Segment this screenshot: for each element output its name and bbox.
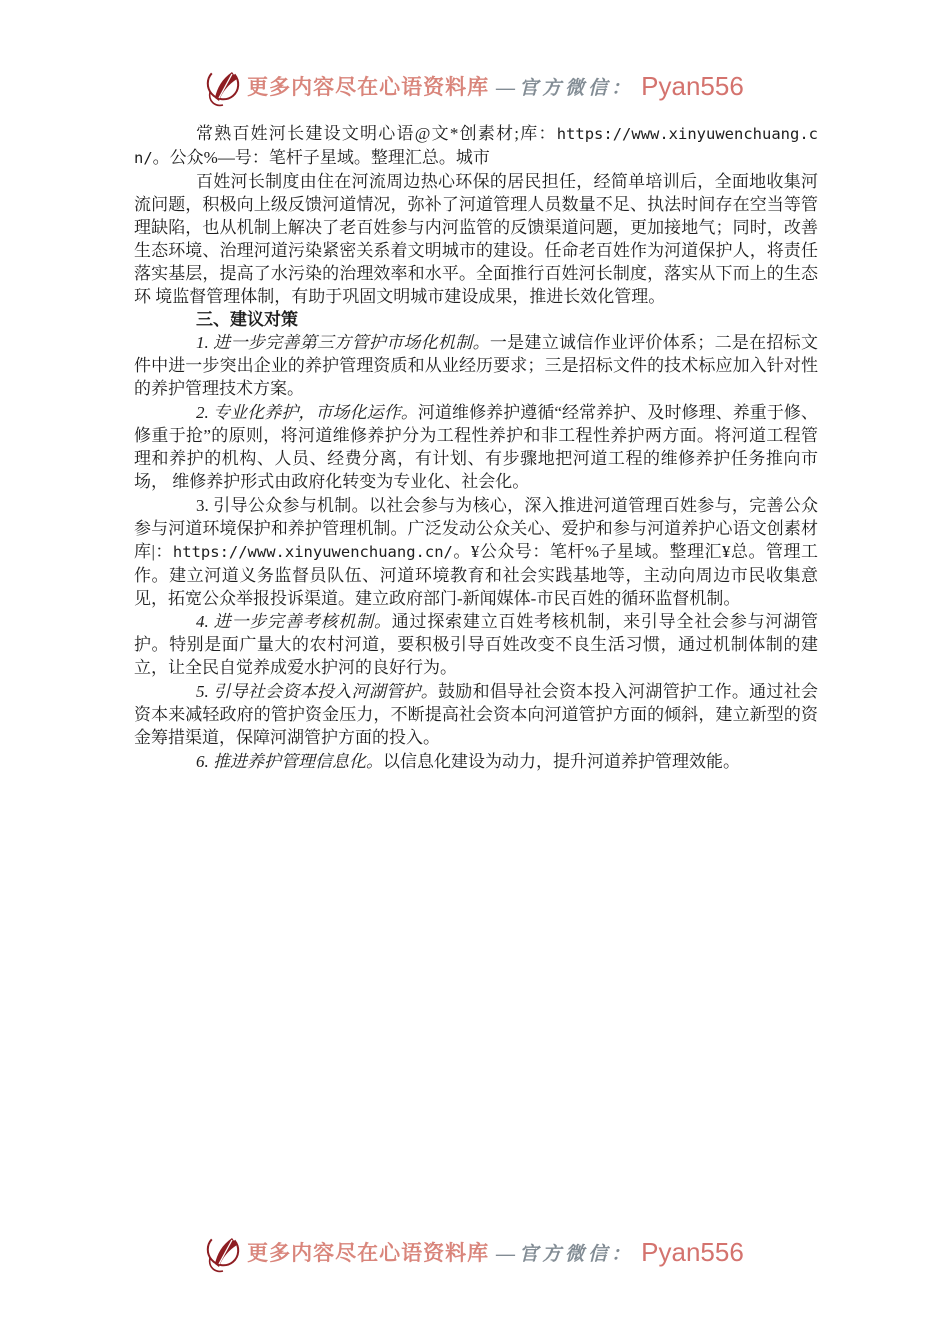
list-item-6: 6. 推进养护管理信息化。以信息化建设为动力，提升河道养护管理效能。 — [134, 750, 818, 774]
source-note-text: 常熟百姓河长建设文明心语@文*创素材;库： — [196, 124, 557, 143]
list-item-3: 3. 引导公众参与机制。以社会参与为核心，深入推进河道管理百姓参与，完善公众参与… — [134, 494, 818, 610]
pen-nib-circle-icon — [206, 64, 240, 108]
footer-banner-wechat-id: Pyan556 — [641, 1237, 744, 1268]
banner-brand-text: 更多内容尽在心语资料库 — [247, 71, 489, 101]
list-item-4: 4. 进一步完善考核机制。通过探索建立百姓考核机制，来引导全社会参与河湖管护。特… — [134, 610, 818, 680]
footer-banner: 更多内容尽在心语资料库 —官方微信： Pyan556 — [0, 1230, 950, 1274]
section-heading: 三、建议对策 — [134, 308, 818, 331]
list-item-5: 5. 引导社会资本投入河湖管护。鼓励和倡导社会资本投入河湖管护工作。通过社会资本… — [134, 680, 818, 750]
item-5-lead: 5. 引导社会资本投入河湖管护。 — [196, 682, 438, 701]
list-item-2: 2. 专业化养护，市场化运作。河道维修养护遵循“经常养护、及时修理、养重于修、修… — [134, 401, 818, 494]
paragraph-source-note: 常熟百姓河长建设文明心语@文*创素材;库：https://www.xinyuwe… — [134, 122, 818, 170]
list-item-1: 1. 进一步完善第三方管护市场化机制。一是建立诚信作业评价体系；二是在招标文件中… — [134, 331, 818, 401]
banner-separator: — — [496, 78, 519, 99]
header-banner: 更多内容尽在心语资料库 —官方微信： Pyan556 — [0, 64, 950, 108]
footer-banner-wechat-label: —官方微信： — [496, 1239, 634, 1266]
footer-banner-separator: — — [496, 1244, 519, 1265]
banner-wechat-id: Pyan556 — [641, 71, 744, 102]
document-body: 常熟百姓河长建设文明心语@文*创素材;库：https://www.xinyuwe… — [134, 122, 818, 774]
item-4-lead: 4. 进一步完善考核机制。 — [196, 612, 392, 631]
paragraph-intro: 百姓河长制度由住在河流周边热心环保的居民担任，经简单培训后，全面地收集河流问题，… — [134, 170, 818, 308]
banner-wechat-label: —官方微信： — [496, 73, 634, 100]
banner-wechat-label-text: 官方微信： — [519, 78, 634, 99]
item-6-text: 以信息化建设为动力，提升河道养护管理效能。 — [383, 752, 740, 771]
item-6-lead: 6. 推进养护管理信息化。 — [196, 752, 383, 771]
item-2-lead: 2. 专业化养护，市场化运作。 — [196, 403, 418, 422]
footer-pen-nib-circle-icon — [206, 1230, 240, 1274]
item-3-url: https://www.xinyuwenchuang.cn/ — [173, 543, 453, 561]
footer-banner-brand-text: 更多内容尽在心语资料库 — [247, 1237, 489, 1267]
footer-banner-wechat-label-text: 官方微信： — [519, 1244, 634, 1265]
source-note-tail: 。公众%—号：笔杆子星域。整理汇总。城市 — [153, 148, 490, 167]
item-1-lead: 1. 进一步完善第三方管护市场化机制。 — [196, 333, 490, 352]
